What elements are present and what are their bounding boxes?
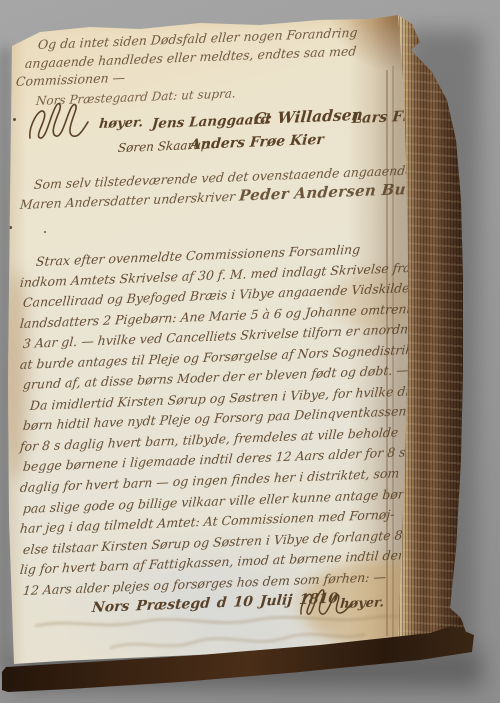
- signature-flourish-icon: [26, 98, 106, 144]
- ink-dot: [44, 231, 46, 233]
- signature-willadsen: C: Willadsen: [253, 105, 364, 128]
- attestation-paragraph: Som selv tilstedeværende ved det ovensta…: [20, 175, 445, 214]
- ink-dot: [13, 118, 16, 121]
- signature-tail: høyer.: [98, 115, 143, 132]
- closing-paragraph: Og da intet siden Dødsfald eller nogen F…: [16, 36, 358, 92]
- signature-anders-froekier: Anders Frøe Kier: [189, 132, 324, 153]
- photo-canvas: { "scene": { "background_color": "#9a9a9…: [0, 0, 500, 703]
